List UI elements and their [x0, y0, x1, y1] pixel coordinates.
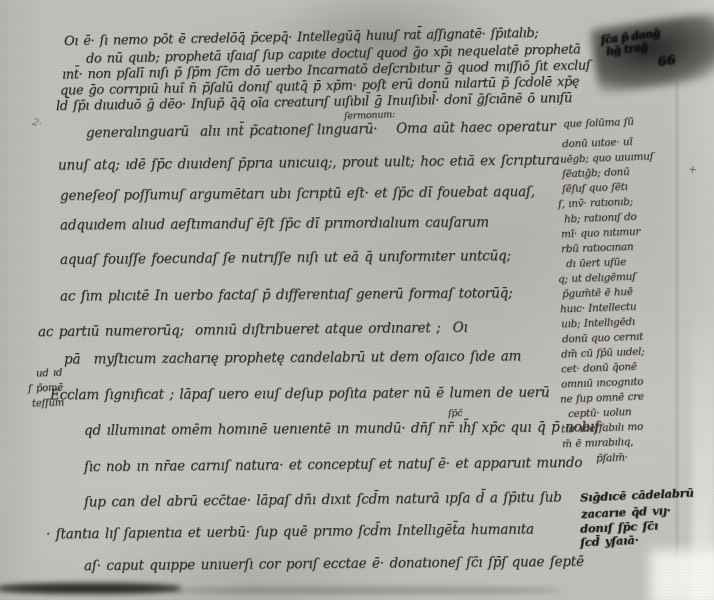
right-margin-note: Sıḡdıcē cādelabrū: [580, 486, 694, 505]
gloss-line: donū uıtae· uī: [562, 136, 633, 150]
text-line: aquaſ fouıſſe foecundaſ ſe nutrıſſe nıſı…: [60, 248, 511, 268]
gloss-line: ſēſuſ quo ſētı: [562, 181, 628, 195]
gloss-line: ſ, ınv̄· ratıonıb;: [558, 196, 633, 211]
interlinear-gloss: ſp̄c̄: [448, 408, 463, 419]
gloss-line: uıb; Intellıgēdı: [561, 316, 635, 331]
text-line: ac partıū numerorūq; omnıū dıſtrıbueret …: [38, 320, 468, 340]
margin-squiggle-mark: 2·: [31, 117, 43, 130]
gloss-line: ne ſup omnē cre: [560, 391, 644, 406]
gloss-line: mī· quo nıtımur: [561, 226, 640, 241]
gloss-line: rbū ratıocınan: [561, 241, 634, 256]
gloss-line: hb; ratıonıſ do: [564, 211, 637, 226]
gloss-line: tur ıneffabılı mo: [561, 421, 643, 436]
text-line: geneſeoſ poſſumuſ argumētarı ubı ſcrıptū…: [60, 184, 535, 204]
page-crease: [676, 80, 678, 600]
stamp-number: 66: [657, 53, 677, 70]
gloss-line: donū quo cernıt: [562, 331, 643, 346]
gloss-line: uēgb; quo uıuımuſ: [560, 150, 654, 165]
gloss-line: dm̄ cū ſp̄ū uıdel;: [561, 346, 645, 361]
text-line: aſ· caput quıppe unıuerſı cor porıſ ecct…: [84, 554, 584, 574]
gloss-line: que ſolūma ſū: [563, 116, 634, 130]
left-margin-note: ſ p̄omē: [28, 382, 63, 394]
text-line: generalınguarū alıı ınt̄ p̄catıoneſ lıng…: [86, 119, 556, 142]
gloss-line: p̄ſalm̄·: [596, 451, 628, 464]
gloss-line: ceptū· uolun: [568, 406, 632, 420]
manuscript-page: ſc̄a p̄ danḡ lıḡ traḡ 66 Oı ē· ſı nemo p…: [0, 0, 714, 600]
bottom-right-white-patch: [650, 550, 714, 600]
gloss-line: p̄gum̄tē ē huē: [562, 286, 633, 300]
left-margin-note: ud ıd: [36, 368, 62, 380]
left-margin-note: teſſum: [32, 397, 64, 409]
bottom-edge-smudge-faint: [170, 587, 560, 594]
text-line: · ſtantıa lıſ ſapıentıa et uerbū· ſup qu…: [46, 521, 534, 542]
text-line: pā myſtıcum zacharıę prophetę candelabrū…: [64, 348, 521, 367]
gloss-line: omnıū ıncognıto: [561, 376, 644, 391]
gloss-line: q; ut delıgēmuſ: [558, 271, 636, 286]
text-line: ac ſım plıcıtē In uerbo factaſ p̄ dıffer…: [60, 285, 513, 304]
gloss-line: m̄ ē mırabılıq,: [562, 436, 633, 450]
text-line: adquıdem alıud aeſtımanduſ ēſt ſp̄c dı̄ …: [60, 215, 489, 234]
right-edge-highlight: [692, 300, 714, 600]
interlinear-gloss: ſermonum:: [344, 109, 395, 122]
text-line: qd ıllumınat omēm homınē uenıentē ın mun…: [84, 419, 599, 439]
gloss-line: ſēatıḡb; donū: [562, 166, 630, 180]
text-line: unuſ atq; ıdē ſp̄c dıuıdenſ p̄prıa unıcu…: [58, 152, 564, 173]
text-line: ſıc nob ın nr̄ae carnıſ natura· et conce…: [84, 455, 582, 475]
gloss-line: dı ūert uſūe: [566, 256, 626, 270]
plus-mark: +: [687, 162, 698, 176]
right-margin-note: ſcd̄ yſaıā·: [580, 533, 639, 550]
text-line: ſup can del abrū ecc̄tae· lāpaſ dn̄ı dıx…: [84, 489, 562, 510]
bottom-edge-smudge: [0, 583, 181, 594]
gloss-line: cet· donū q̄onē: [561, 361, 637, 376]
gloss-line: huıc· Intellectu: [560, 301, 637, 316]
text-line: Ecclam ſıgnıfıcat ; lāpaſ uero eıuſ deſu…: [50, 385, 550, 404]
